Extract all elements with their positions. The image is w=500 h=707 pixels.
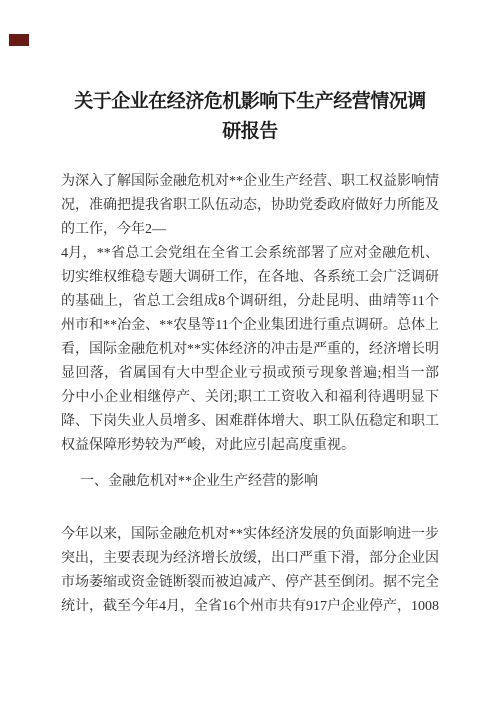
document-title-line-1: 关于企业在经济危机影响下生产经营情况调 xyxy=(0,87,500,117)
body-line: 统计，截至今年4月，全省16个州市共有917户企业停产，1008 xyxy=(61,595,439,619)
document-title: 关于企业在经济危机影响下生产经营情况调 研报告 xyxy=(0,87,500,147)
body-line: 权益保障形势较为严峻，对此应引起高度重视。 xyxy=(61,434,439,458)
document-body: 为深入了解国际金融危机对**企业生产经营、职工权益影响情况，准确把提我省职工队伍… xyxy=(0,170,500,619)
body-line: 4月，**省总工会党组在全省工会系统部署了应对金融危机、 xyxy=(61,242,439,266)
body-line: 的工作，今年2— xyxy=(61,218,439,242)
body-line: 的基础上，省总工会组成8个调研组，分赴昆明、曲靖等11个 xyxy=(61,290,439,314)
body-line: 分中小企业相继停产、关闭;职工工资收入和福利待遇明显下 xyxy=(61,386,439,410)
body-line: 今年以来，国际金融危机对**实体经济发展的负面影响进一步 xyxy=(61,523,439,547)
body-line: 突出，主要表现为经济增长放缓，出口严重下滑，部分企业因 xyxy=(61,547,439,571)
body-line: 况，准确把提我省职工队伍动态，协助党委政府做好力所能及 xyxy=(61,194,439,218)
body-line: 市场萎缩或资金链断裂而被迫减产、停产甚至倒闭。据不完全 xyxy=(61,571,439,595)
body-line: 看，国际金融危机对**实体经济的冲击是严重的，经济增长明 xyxy=(61,338,439,362)
body-line: 降、下岗失业人员增多、困难群体增大、职工队伍稳定和职工 xyxy=(61,410,439,434)
body-line: 为深入了解国际金融危机对**企业生产经营、职工权益影响情 xyxy=(61,170,439,194)
body-line: 显回落，省属国有大中型企业亏损或预亏现象普遍;相当一部 xyxy=(61,362,439,386)
document-page: 关于企业在经济危机影响下生产经营情况调 研报告 为深入了解国际金融危机对**企业… xyxy=(0,0,500,707)
body-line: 州市和**冶金、**农垦等11个企业集团进行重点调研。总体上 xyxy=(61,314,439,338)
body-line: 切实维权维稳专题大调研工作，在各地、各系统工会广泛调研 xyxy=(61,266,439,290)
section-heading: 一、金融危机对**企业生产经营的影响 xyxy=(61,470,439,494)
document-title-line-2: 研报告 xyxy=(0,117,500,147)
red-stamp-mark xyxy=(9,34,29,46)
